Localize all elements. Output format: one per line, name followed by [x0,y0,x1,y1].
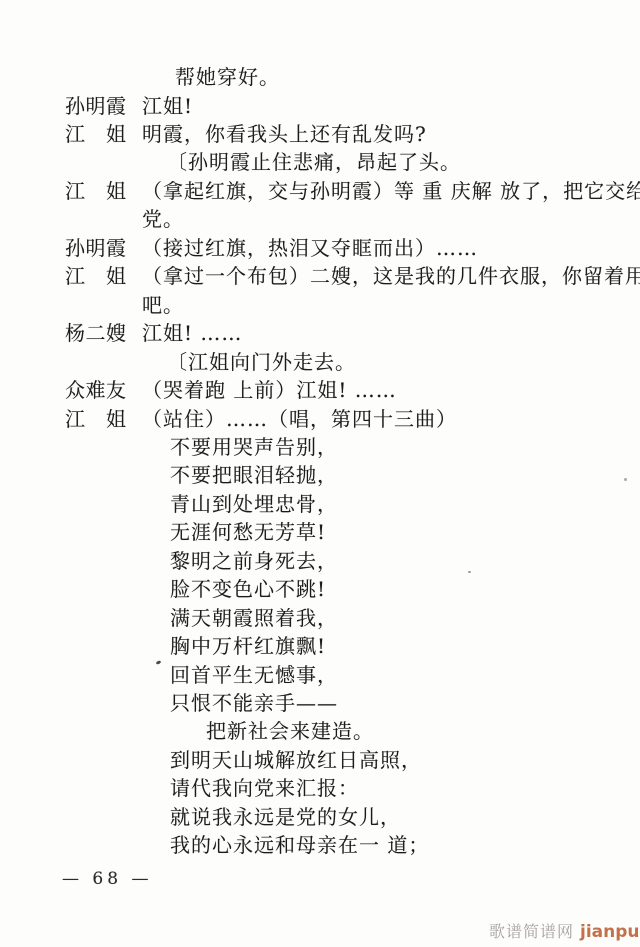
lyric-line: 黎明之前身死去， [170,549,338,573]
speaker-name: 孙明霞 [65,94,142,118]
script-line: 帮她穿好。 [175,65,280,89]
script-page: 帮她穿好。 孙明霞江姐! 江 姐明霞，你看我头上还有乱发吗? 〔孙明霞止住悲痛，… [0,0,640,947]
lyric-line: 请代我向党来汇报： [170,776,359,800]
stage-direction: 〔孙明霞止住悲痛，昂起了头。 [167,150,461,174]
dialogue-text: 江姐! [142,94,193,118]
lyric-line: 不要用哭声告别， [170,435,338,459]
scan-speck [468,571,471,573]
page-number: — 68 — [62,869,152,889]
speaker-name: 江 姐 [65,264,142,288]
watermark-site-name: 歌谱简谱网 [489,919,574,942]
lyric-line: 只恨不能亲手—— [170,691,338,715]
stage-direction: 〔江姐向门外走去。 [167,350,356,374]
speaker-name: 江 姐 [65,407,142,431]
lyric-line: 把新社会来建造。 [206,719,374,743]
speaker-name: 江 姐 [65,122,142,146]
script-line: 众难友（哭着跑 上前）江姐! …… [65,378,397,402]
speaker-name: 江 姐 [65,179,142,203]
script-line: 吧。 [142,293,184,317]
dialogue-text: 明霞，你看我头上还有乱发吗? [142,122,427,146]
script-line: 江 姐（拿起红旗，交与孙明霞）等 重 庆解 放了，把它交给 [65,179,640,203]
script-line: 党。 [142,207,184,231]
watermark-site-url: jianpu.cn [580,922,640,942]
dialogue-text: （站住）……（唱，第四十三曲） [142,407,457,431]
watermark: 歌谱简谱网 jianpu.cn [489,919,640,942]
lyric-line: 满天朝霞照着我， [170,606,338,630]
dialogue-text: （哭着跑 上前）江姐! …… [142,378,397,402]
dialogue-text: （接过红旗，热泪又夺眶而出）…… [142,236,478,260]
script-line: 杨二嫂江姐! …… [65,321,242,345]
script-line: 江 姐（拿过一个布包）二嫂，这是我的几件衣服，你留着用 [65,264,640,288]
speaker-name: 孙明霞 [65,236,142,260]
speaker-name: 众难友 [65,378,142,402]
script-line: 孙明霞（接过红旗，热泪又夺眶而出）…… [65,236,478,260]
dialogue-text: （拿过一个布包）二嫂，这是我的几件衣服，你留着用 [142,264,640,288]
lyric-line: 胸中万杆红旗飘! [170,634,326,658]
lyric-line: 青山到处埋忠骨， [170,492,338,516]
scan-speck [156,660,162,665]
lyric-line: 无涯何愁无芳草! [170,520,326,544]
scan-speck [624,478,627,481]
speaker-name: 杨二嫂 [65,321,142,345]
script-line: 孙明霞江姐! [65,94,193,118]
lyric-line: 脸不变色心不跳! [170,577,326,601]
dialogue-text: 江姐! …… [142,321,242,345]
lyric-line: 不要把眼泪轻抛， [170,463,338,487]
script-line: 江 姐明霞，你看我头上还有乱发吗? [65,122,427,146]
lyric-line: 我的心永远和母亲在一 道； [170,833,429,857]
lyric-line: 到明天山城解放红日高照， [170,748,422,772]
dialogue-text: （拿起红旗，交与孙明霞）等 重 庆解 放了，把它交给 [142,179,640,203]
script-line: 江 姐（站住）……（唱，第四十三曲） [65,407,457,431]
lyric-line: 回首平生无憾事， [170,663,338,687]
lyric-line: 就说我永远是党的女儿， [170,805,401,829]
